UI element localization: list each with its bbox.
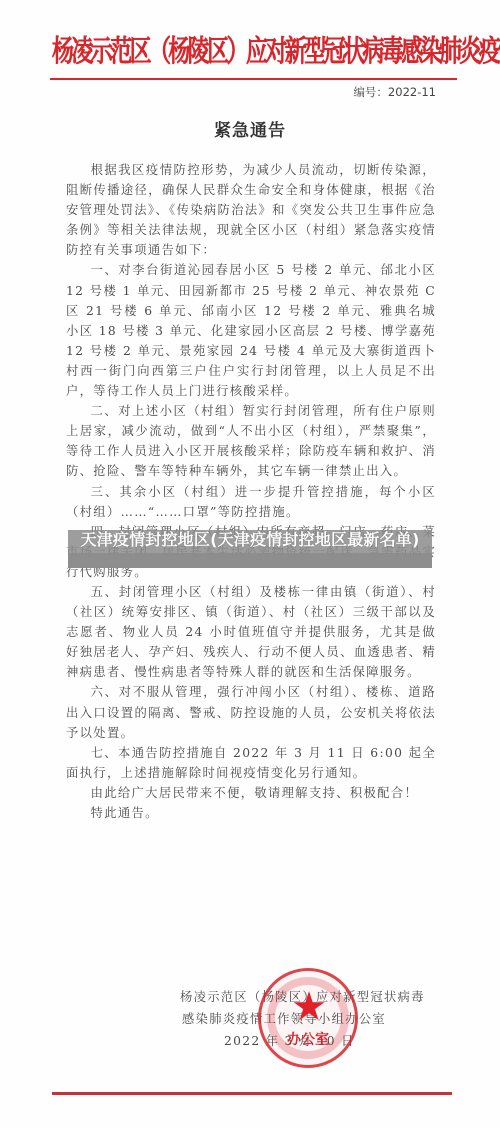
notice-closing: 由此给广大居民带来不便，敬请理解支持、积极配合！ xyxy=(66,783,436,803)
notice-intro: 根据我区疫情防控形势，为减少人员流动，切断传染源，阻断传播途径，确保人民群众生命… xyxy=(66,160,436,260)
notice-item-7: 七、本通告防控措施自 2022 年 3 月 11 日 6:00 起全面执行，上述… xyxy=(66,743,436,783)
notice-item-6: 六、对不服从管理，强行冲闯小区（村组）、楼栋、道路出入口设置的隔离、警戒、防控设… xyxy=(66,682,436,742)
header-red-rule xyxy=(50,78,457,80)
seal-label: 办公室 xyxy=(261,1029,355,1049)
notice-item-2: 二、对上述小区（村组）暂实行封闭管理，所有住户原则上居家，减少流动，做到“人不出… xyxy=(66,401,436,481)
footer-red-rule xyxy=(52,1092,452,1095)
notice-title: 紧急通告 xyxy=(0,116,500,141)
headline-overlay-title: 天津疫情封控地区(天津疫情封控地区最新名单) xyxy=(68,530,432,574)
notice-body: 根据我区疫情防控形势，为减少人员流动，切断传染源，阻断传播途径，确保人民群众生命… xyxy=(66,160,436,823)
notice-item-5: 五、封闭管理小区（村组）及楼栋一律由镇（街道）、村（社区）统筹安排区、镇（街道）… xyxy=(66,582,436,682)
issuer-title: 杨凌示范区（杨陵区）应对新型冠状病毒感染肺炎疫情工作领导小组办公室 xyxy=(52,22,456,84)
notice-item-3: 三、其余小区（村组）进一步提升管控措施，每个小区（村组）……“……口罩”等防控措… xyxy=(66,482,436,522)
official-seal: ★ 办公室 xyxy=(258,968,358,1068)
notice-item-1: 一、对李台街道沁园春居小区 5 号楼 2 单元、邰北小区 12 号楼 1 单元、… xyxy=(66,260,436,401)
star-icon: ★ xyxy=(289,987,329,1027)
document-number: 编号：2022-11 xyxy=(353,84,436,100)
notice-closing-end: 特此通告。 xyxy=(66,803,436,823)
